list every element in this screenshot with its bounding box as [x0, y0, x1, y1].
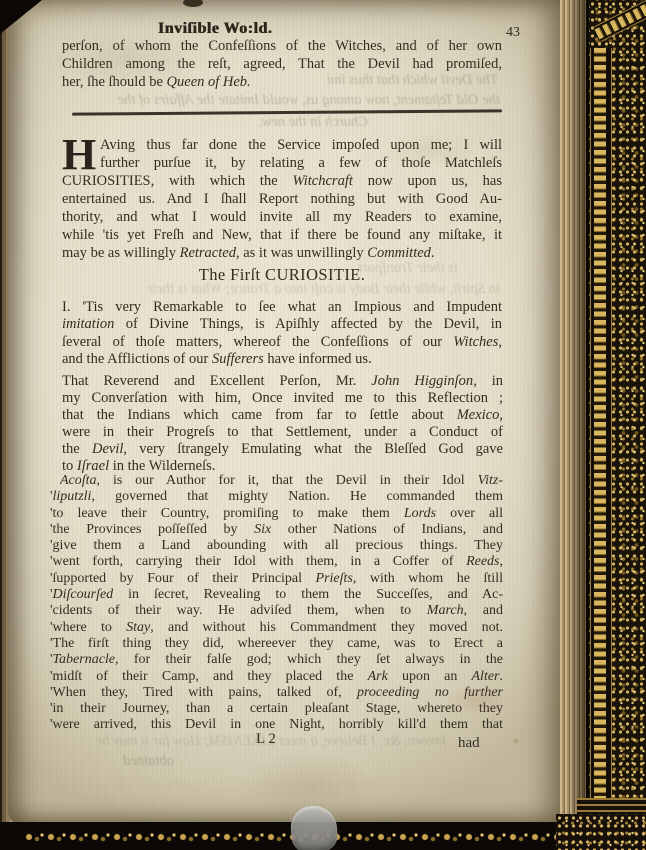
- text-line: perſon, of whom the Confeſſions of the W…: [62, 37, 502, 55]
- text-line: 'to leave their Country, promiſing to ma…: [50, 506, 503, 522]
- opening-paragraph: H Aving thus far done the Service impoſe…: [62, 136, 502, 262]
- text-line: 'in their Journey, than a certain pleaſa…: [50, 701, 503, 717]
- text-line: 'went forth, carrying their Idol with th…: [50, 554, 503, 570]
- text-line: may be as willingly Retracted, as it was…: [62, 244, 502, 262]
- text-line: 'Diſcourſed in ſecret, Revealing to them…: [50, 587, 503, 603]
- text-line: 'were arrived, this Devil in one Night, …: [50, 717, 503, 733]
- text-line: that the Indians which came from far to …: [62, 407, 503, 424]
- text-line: 'give them a Land abounding with all pre…: [50, 538, 503, 554]
- text-line: 'cidents of their way. He adviſed them, …: [50, 603, 503, 619]
- gold-bead-ornament: [594, 48, 606, 804]
- gilt-corner: [556, 814, 646, 850]
- ghost-showthrough-line: Church in the new.: [68, 114, 368, 131]
- text-line: imitation of Divine Things, is Apiſhly a…: [62, 316, 502, 333]
- gold-bead-ornament: [595, 1, 646, 40]
- text-line: I. 'Tis very Remarkable to ſee what an I…: [62, 299, 502, 316]
- text-line: her, ſhe ſhould be Queen of Heb.: [62, 73, 502, 91]
- text-line: were in their Progreſs to that Settlemen…: [62, 424, 503, 441]
- text-line: my Converſation with him, Once invited m…: [62, 390, 503, 407]
- gold-corner-band: [593, 0, 646, 42]
- section-heading: The Firſt CURIOSITIE.: [62, 265, 502, 285]
- intro-paragraph: perſon, of whom the Confeſſions of the W…: [62, 37, 502, 91]
- gilt-binding-cover: [586, 0, 646, 850]
- signature-mark: L 2: [256, 731, 276, 748]
- text-line: 'Tabernacle, for their falſe god; which …: [50, 652, 503, 668]
- opening-paragraph-lines: Aving thus far done the Service impoſed …: [62, 136, 502, 262]
- page-number: 43: [506, 25, 520, 41]
- text-line: ſeveral of thoſe matters, whereof the Co…: [62, 334, 502, 351]
- text-line: further purſue it, by relating a few of …: [100, 154, 502, 172]
- ghost-showthrough-line: obtained: [44, 753, 174, 770]
- text-line: 'The firſt thing they did, whereever the…: [50, 636, 503, 652]
- text-line: entertained us. And I ſhall Report nothi…: [62, 190, 502, 208]
- acosta-quotation-paragraph: Acoſta, is our Author for it, that the D…: [50, 473, 503, 734]
- drop-cap: H: [62, 137, 95, 172]
- text-line: Children among the reſt, agreed, That th…: [62, 55, 502, 73]
- text-line: 'midſt of their Camp, and they placed th…: [50, 669, 503, 685]
- text-line: Aving thus far done the Service impoſed …: [100, 136, 502, 154]
- ghost-showthrough-line: known, &c. I Believe, a meer LIKENISM; H…: [56, 733, 446, 750]
- text-line: CURIOSITIES, with which the Witchcraft n…: [62, 172, 502, 190]
- photo-background: The Devil which that thus imi the Old Te…: [0, 0, 646, 850]
- text-line: the Devil, very ſtrangely Emulating what…: [62, 441, 503, 458]
- text-line: 'ſupported by Four of their Principal Pr…: [50, 571, 503, 587]
- text-line: thority, and what I would invite all my …: [62, 208, 502, 226]
- text-line: 'liputzli, governed that mighty Nation. …: [50, 489, 503, 505]
- text-line: That Reverend and Excellent Perſon, Mr. …: [62, 373, 503, 390]
- text-line: while 'tis yet Freſh and New, that if th…: [62, 226, 502, 244]
- page-fore-edge: [560, 0, 586, 834]
- higginson-paragraph: That Reverend and Excellent Perſon, Mr. …: [62, 373, 503, 476]
- running-title: Inviſible Wo:ld.: [65, 20, 365, 38]
- curiosity-paragraph: I. 'Tis very Remarkable to ſee what an I…: [62, 299, 502, 369]
- book-page: The Devil which that thus imi the Old Te…: [8, 0, 562, 828]
- text-line: 'When they, Tired with pains, talked of,…: [50, 685, 503, 701]
- text-line: 'the Provinces poſſeſſed by Six other Na…: [50, 522, 503, 538]
- catchword: had: [458, 735, 480, 752]
- text-line: Acoſta, is our Author for it, that the D…: [60, 473, 503, 489]
- text-line: and the Afflictions of our Sufferers hav…: [62, 351, 502, 368]
- text-line: 'where to Stay, and without his Commandm…: [50, 620, 503, 636]
- ghost-showthrough-line: the Old Teſtament, now among us, would I…: [56, 92, 500, 109]
- gold-frame-band: [590, 48, 612, 804]
